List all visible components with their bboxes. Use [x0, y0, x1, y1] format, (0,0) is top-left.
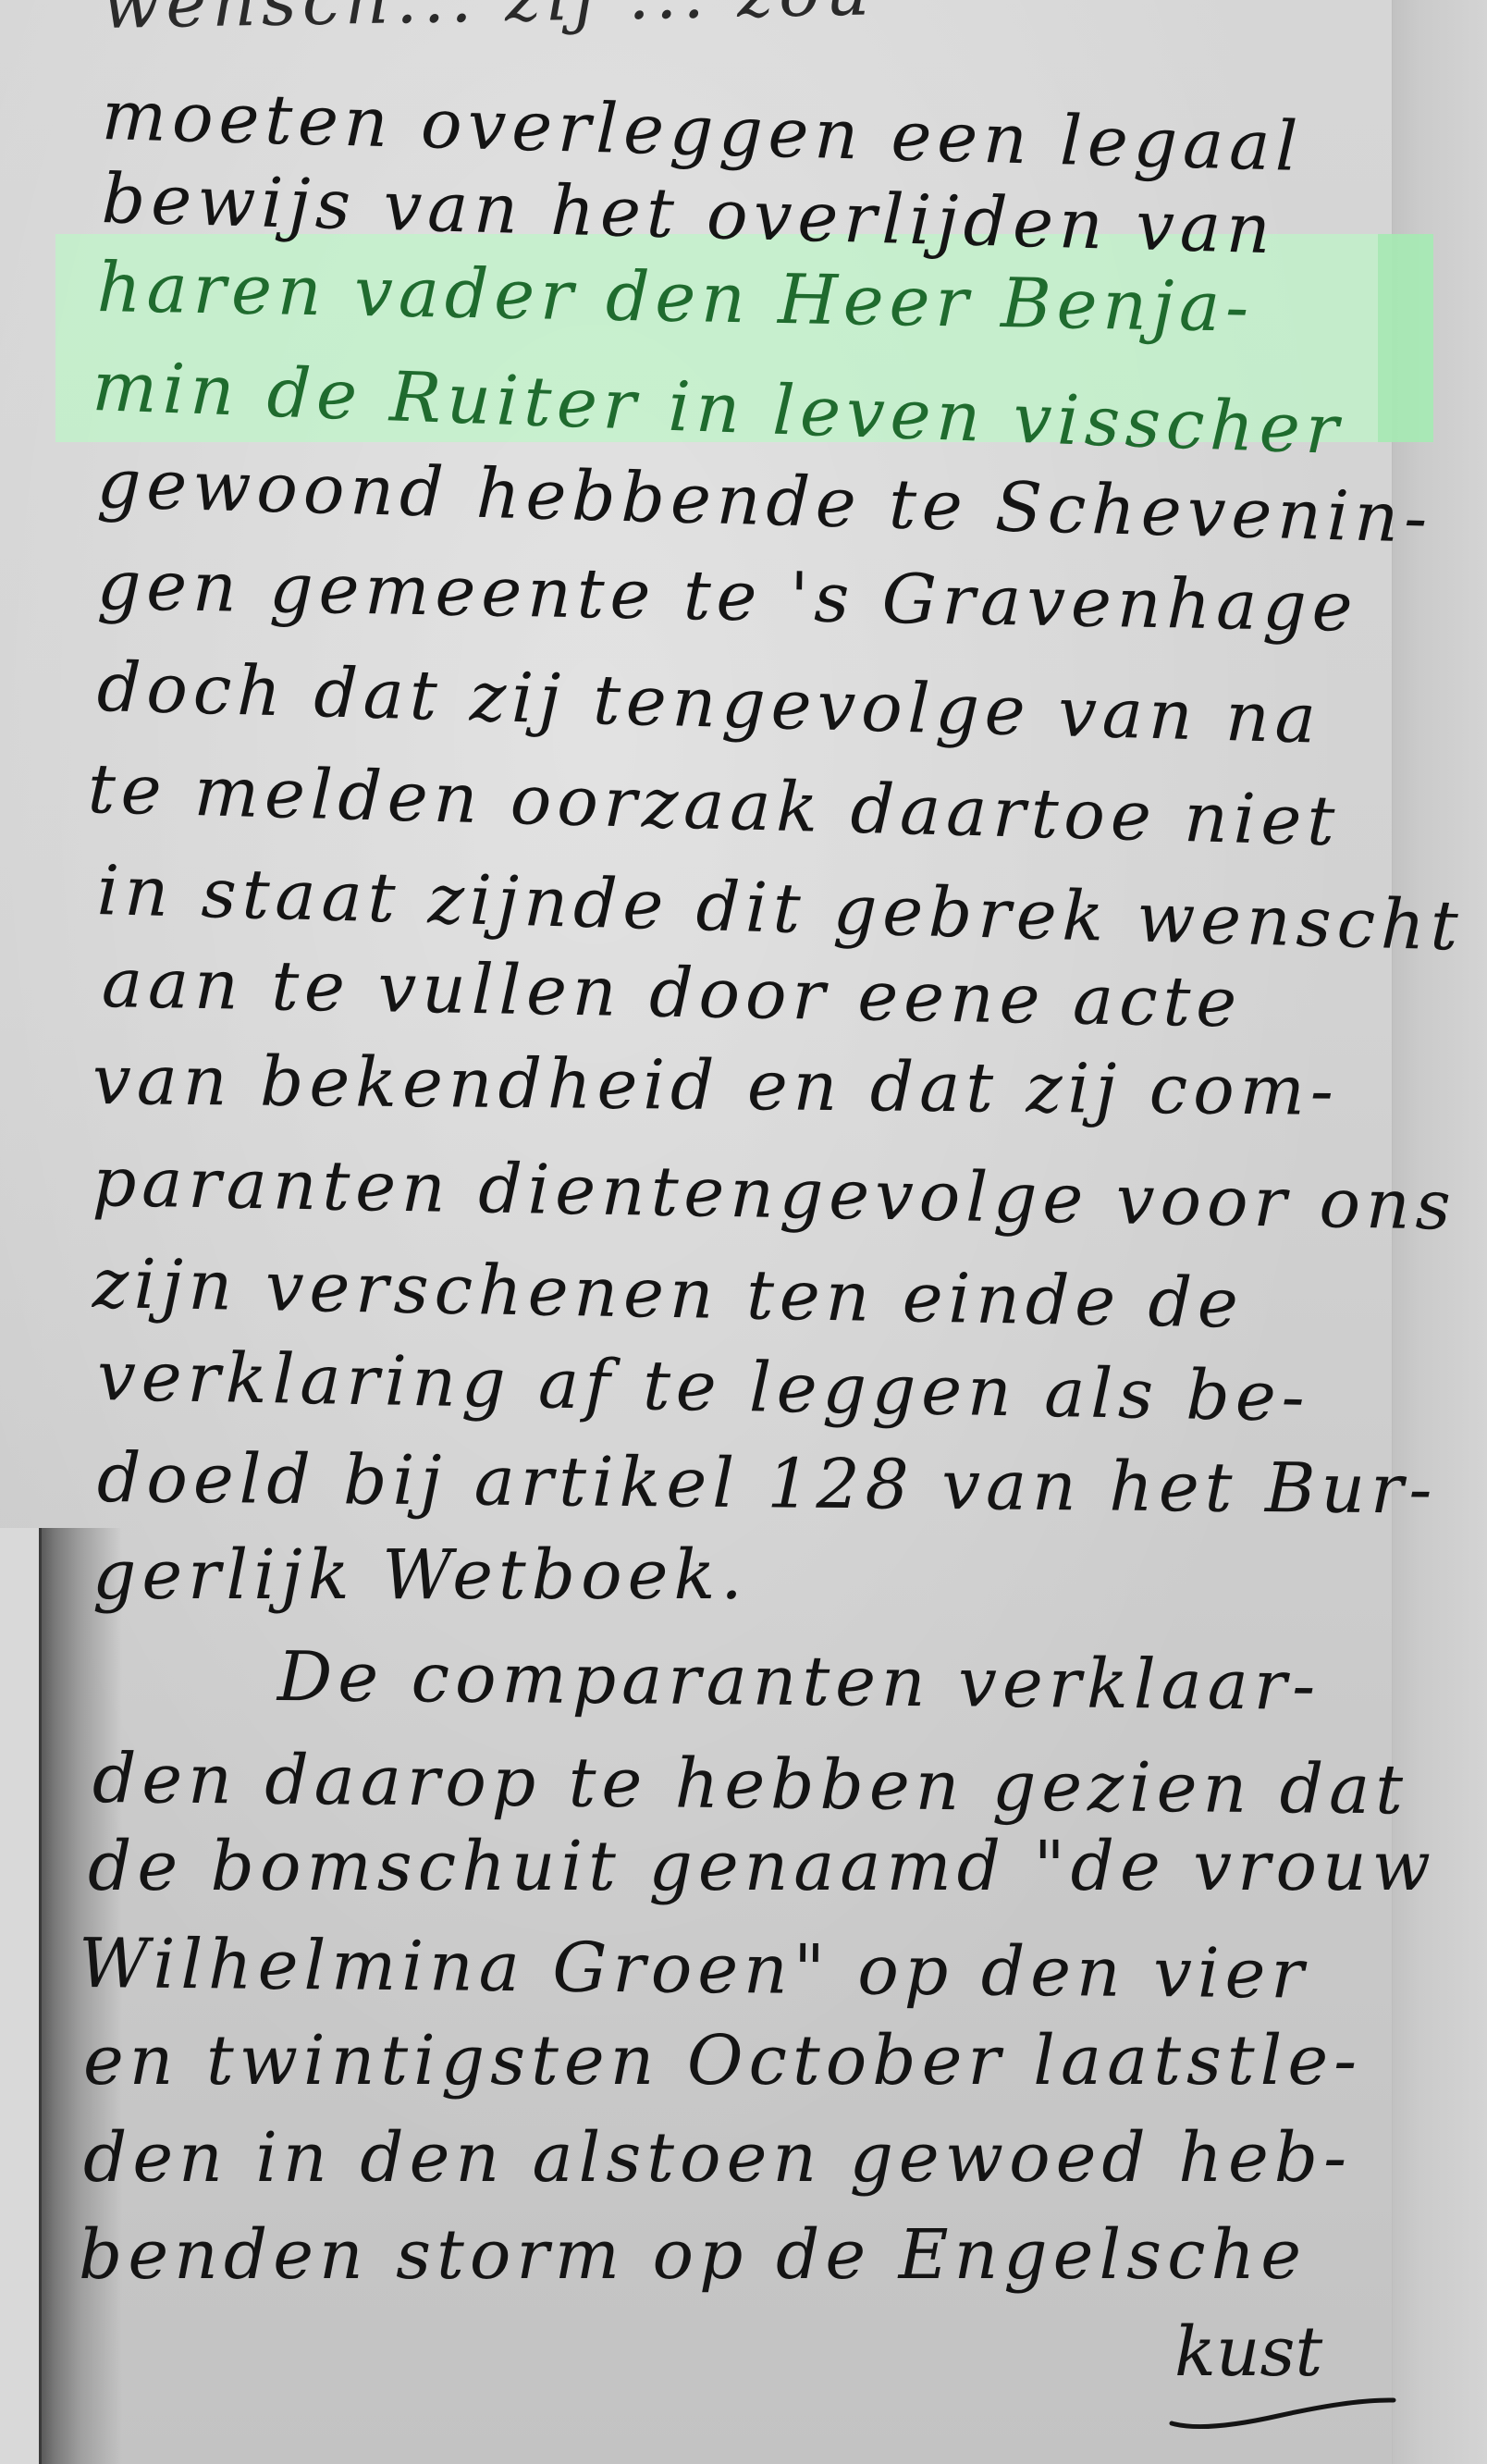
handwritten-line-0: wensch... zij ... zou: [101, 0, 876, 44]
handwritten-line-13: zijn verschenen ten einde de: [92, 1244, 1244, 1344]
handwritten-line-16: gerlijk Wetboek.: [92, 1535, 748, 1615]
handwritten-line-19: de bomschuit genaamd "de vrouw: [88, 1827, 1436, 1906]
catchword: kust: [1174, 2312, 1322, 2392]
document-page: wensch... zij ... zou moeten overleggen …: [0, 0, 1487, 2464]
handwritten-line-15: doeld bij artikel 128 van het Bur-: [97, 1438, 1438, 1530]
handwritten-line-22: den in den alstoen gewoed heb-: [83, 2118, 1352, 2198]
handwritten-line-8: te melden oorzaak daartoe niet: [87, 749, 1341, 861]
handwritten-line-20: Wilhelmina Groen" op den vier: [79, 1924, 1310, 2014]
handwritten-line-11: van bekendheid en dat zij com-: [92, 1041, 1340, 1131]
handwritten-line-7: doch dat zij tengevolge van na: [96, 647, 1322, 759]
handwritten-line-21: en twintigsten October laatstle-: [83, 2021, 1362, 2101]
handwritten-line-17: De comparanten verklaar-: [277, 1637, 1321, 1726]
handwritten-line-18: den daarop te hebben gezien dat: [92, 1739, 1409, 1830]
catchword-underline: [1167, 2396, 1398, 2433]
underlying-sheet: [0, 1528, 41, 2464]
handwritten-line-6: gen gemeente te 's Gravenhage: [96, 546, 1358, 647]
handwritten-line-23: benden storm op de Engelsche: [79, 2215, 1307, 2295]
handwritten-line-10: aan te vullen door eene acte: [101, 943, 1243, 1043]
handwritten-line-12: paranten dientengevolge voor ons: [92, 1142, 1456, 1246]
handwritten-line-14: verklaring af te leggen als be-: [96, 1337, 1310, 1437]
